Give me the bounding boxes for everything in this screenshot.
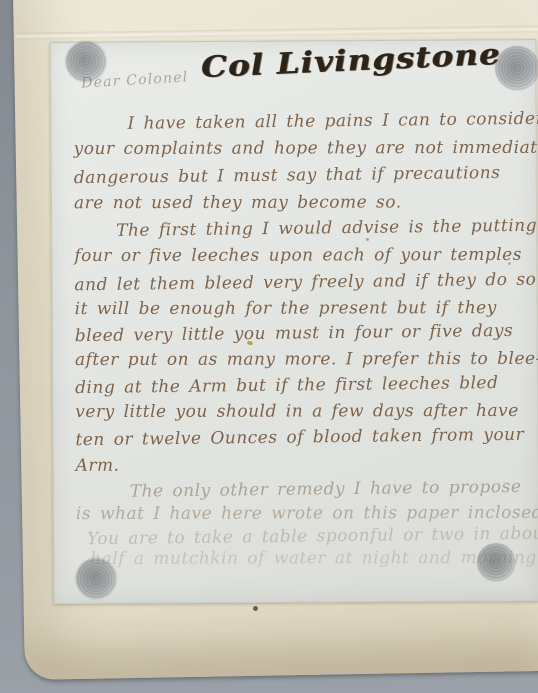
- letter-line: ten or twelve Ounces of blood taken from…: [75, 425, 524, 450]
- docket-title: Col Livingstone: [200, 37, 501, 84]
- letter-line: I have taken all the pains I can to cons…: [127, 109, 538, 134]
- letter-line: ding at the Arm but if the first leeches…: [75, 373, 499, 398]
- letter-line: it will be enough for the present but if…: [75, 298, 497, 319]
- letter-line: half a mutchkin of water at night and mo…: [90, 548, 537, 569]
- letter-line: very little you should in a few days aft…: [75, 401, 519, 422]
- letter-line: You are to take a table spoonful or two …: [87, 524, 538, 550]
- letter-line: after put on as many more. I prefer this…: [75, 349, 538, 370]
- letter-sheet: Dear Colonel Col Livingstone I have take…: [50, 39, 538, 604]
- letter-line: The first thing I would advise is the pu…: [116, 216, 537, 241]
- letter-line: bleed very little you must in four or fi…: [75, 321, 514, 346]
- letter-line: The only other remedy I have to propose: [130, 477, 522, 502]
- letter-line: is what I have here wrote on this paper …: [76, 503, 538, 524]
- letter-line: your complaints and hope they are not im…: [74, 138, 538, 159]
- letter-line: are not used they may become so.: [74, 192, 402, 213]
- paper-speck: [253, 606, 258, 611]
- letter-line: and let them bleed very freely and if th…: [74, 270, 536, 296]
- letter-line: four or five leeches upon each of your t…: [74, 245, 522, 266]
- paper-speck: [366, 238, 369, 241]
- scan-background: Dear Colonel Col Livingstone I have take…: [0, 0, 538, 693]
- letter-line: Arm.: [76, 456, 120, 476]
- letter-line: dangerous but I must say that if precaut…: [74, 163, 501, 188]
- paper-speck: [508, 262, 511, 265]
